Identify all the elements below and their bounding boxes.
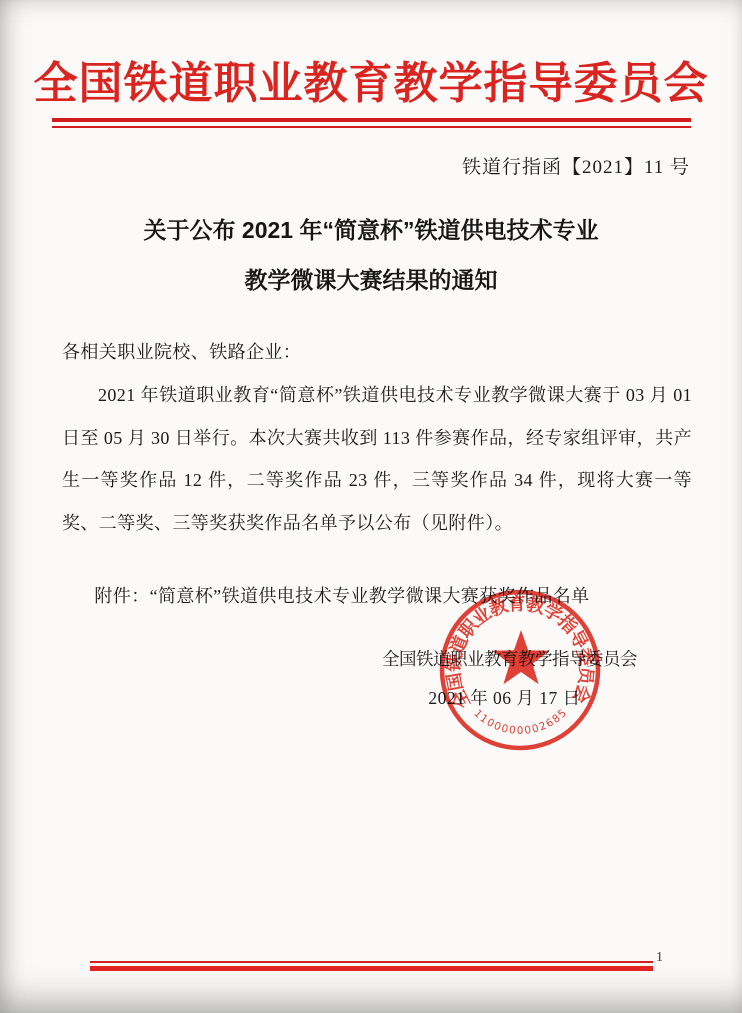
scanned-notice-page: 全国铁道职业教育教学指导委员会 铁道行指函【2021】11 号 关于公布 202… <box>0 0 742 1013</box>
document-ref-number: 铁道行指函【2021】11 号 <box>0 152 742 179</box>
doc-title-line1: 关于公布 2021 年“简意杯”铁道供电技术专业 <box>0 205 742 255</box>
salutation: 各相关职业院校、铁路企业： <box>62 331 692 373</box>
notice-body: 各相关职业院校、铁路企业： 2021 年铁道职业教育“简意杯”铁道供电技术专业教… <box>62 331 692 617</box>
signature-date: 2021 年 06 月 17 日 <box>382 685 627 711</box>
rule-thin <box>52 126 691 128</box>
seal-number: 1100000002685 <box>471 707 569 737</box>
signature-org: 全国铁道职业教育教学指导委员会 <box>382 646 627 672</box>
signature-block: 全国铁道职业教育教学指导委员会 2021 年 06 月 17 日 <box>382 646 627 711</box>
attachment-note: 附件：“简意杯”铁道供电技术专业教学微课大赛获奖作品名单 <box>62 575 692 617</box>
doc-title: 关于公布 2021 年“简意杯”铁道供电技术专业 教学微课大赛结果的通知 <box>0 205 742 305</box>
svg-text:1100000002685: 1100000002685 <box>471 707 569 737</box>
letterhead-org-title: 全国铁道职业教育教学指导委员会 <box>0 0 742 112</box>
doc-title-line2: 教学微课大赛结果的通知 <box>0 255 742 305</box>
letterhead-double-rule <box>52 118 691 128</box>
body-paragraph: 2021 年铁道职业教育“简意杯”铁道供电技术专业教学微课大赛于 03 月 01… <box>62 374 692 544</box>
footer-double-rule <box>90 961 653 971</box>
page-number: 1 <box>656 950 663 966</box>
